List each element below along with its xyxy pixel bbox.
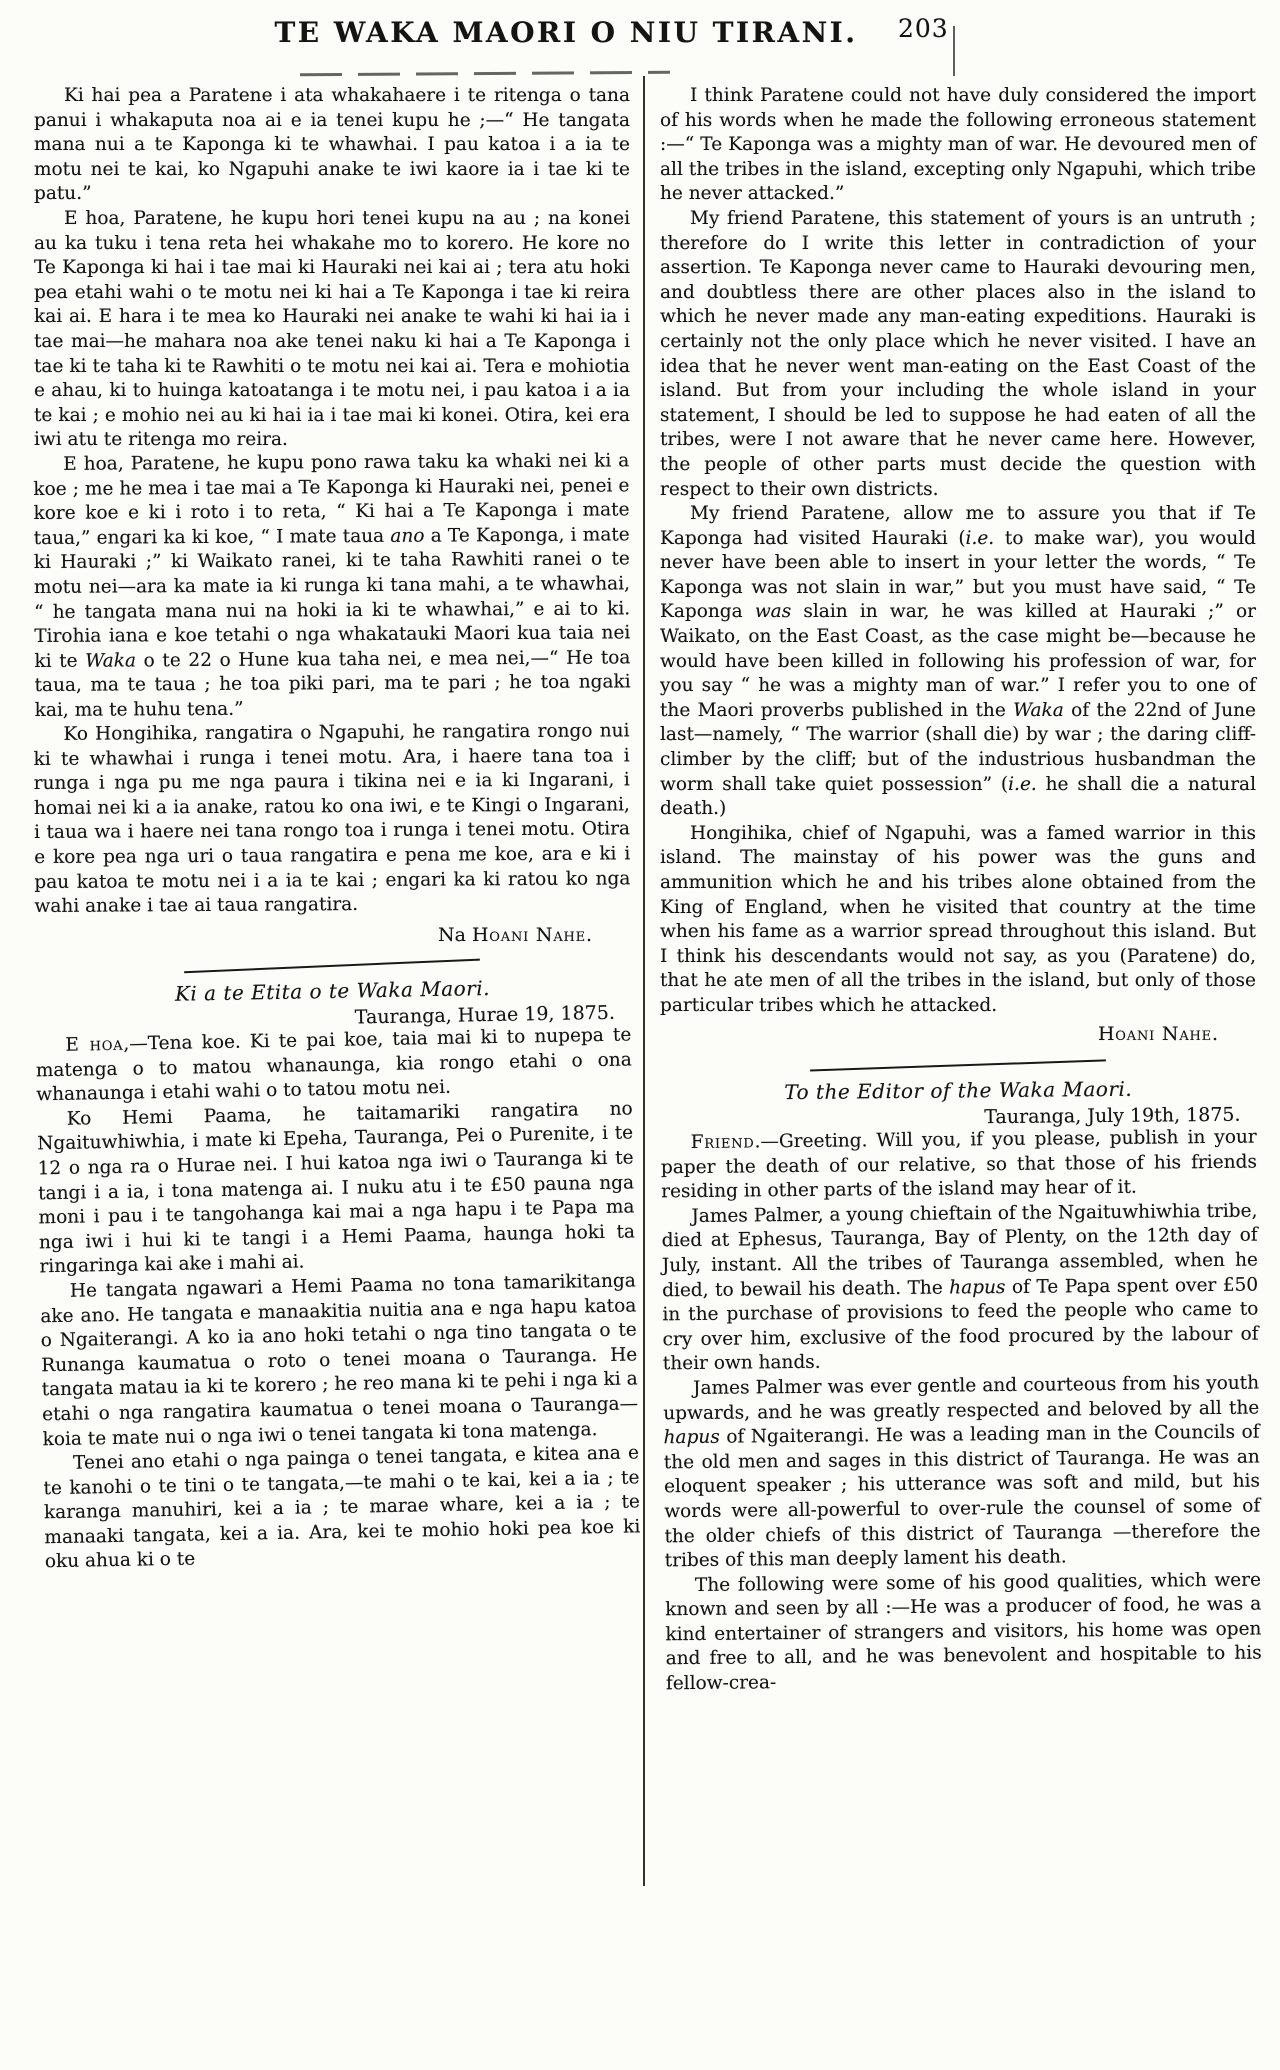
section-divider-rule xyxy=(810,1059,1106,1071)
english-letter-paragraph-2: James Palmer, a young chieftain of the N… xyxy=(661,1199,1259,1377)
maori-article-paragraph-4: Ko Hongihika, rangatira o Ngapuhi, he ra… xyxy=(33,720,630,920)
page-number: 203 xyxy=(898,14,949,43)
maori-letter-paragraph-1: E hoa,—Tena koe. Ki te pai koe, taia mai… xyxy=(35,1024,632,1109)
column-divider-rule xyxy=(643,76,645,1886)
left-column-maori: Ki hai pea a Paratene i ata whakahaere i… xyxy=(34,84,630,1694)
scan-artifact-broken-rule xyxy=(300,71,670,77)
maori-article-signature: Na Hoani Nahe. xyxy=(34,924,630,946)
scan-artifact-vertical-mark xyxy=(953,26,955,76)
maori-article-paragraph-3: E hoa, Paratene, he kupu pono rawa taku … xyxy=(33,449,631,723)
newspaper-page: TE WAKA MAORI O NIU TIRANI. 203 Ki hai p… xyxy=(0,0,1280,2070)
english-letter-heading: To the Editor of the Waka Maori. xyxy=(660,1075,1256,1105)
english-letter-section: To the Editor of the Waka Maori. Taurang… xyxy=(660,1061,1262,1696)
maori-article-paragraph-2: E hoa, Paratene, he kupu hori tenei kupu… xyxy=(34,207,630,453)
english-letter-paragraph-1: Friend.—Greeting. Will you, if you pleas… xyxy=(661,1125,1258,1204)
english-article-paragraph-2: My friend Paratene, this statement of yo… xyxy=(660,207,1256,502)
right-column-english: I think Paratene could not have duly con… xyxy=(660,84,1256,1694)
maori-letter-paragraph-3: He tangata ngawari a Hemi Paama no tona … xyxy=(40,1270,639,1453)
maori-letter-paragraph-2: Ko Hemi Paama, he taitamariki rangatira … xyxy=(37,1097,636,1280)
english-article-paragraph-1: I think Paratene could not have duly con… xyxy=(660,84,1256,207)
english-article-paragraph-3: My friend Paratene, allow me to assure y… xyxy=(660,502,1256,822)
english-article-paragraph-4: Hongihika, chief of Ngapuhi, was a famed… xyxy=(660,822,1256,1019)
maori-letter-paragraph-4: Tenei ano etahi o nga painga o tenei tan… xyxy=(43,1442,641,1576)
content-columns: Ki hai pea a Paratene i ata whakahaere i… xyxy=(34,84,1258,1694)
english-article-signature: Hoani Nahe. xyxy=(660,1023,1256,1045)
masthead-title: TE WAKA MAORI O NIU TIRANI. xyxy=(274,16,857,49)
english-letter-paragraph-4: The following were some of his good qual… xyxy=(665,1568,1262,1697)
section-divider-rule xyxy=(184,959,480,974)
maori-letter-section: Ki a te Etita o te Waka Maori. Tauranga,… xyxy=(34,960,641,1576)
english-letter-paragraph-3: James Palmer was ever gentle and courteo… xyxy=(663,1371,1261,1573)
maori-article-paragraph-1: Ki hai pea a Paratene i ata whakahaere i… xyxy=(34,84,630,207)
